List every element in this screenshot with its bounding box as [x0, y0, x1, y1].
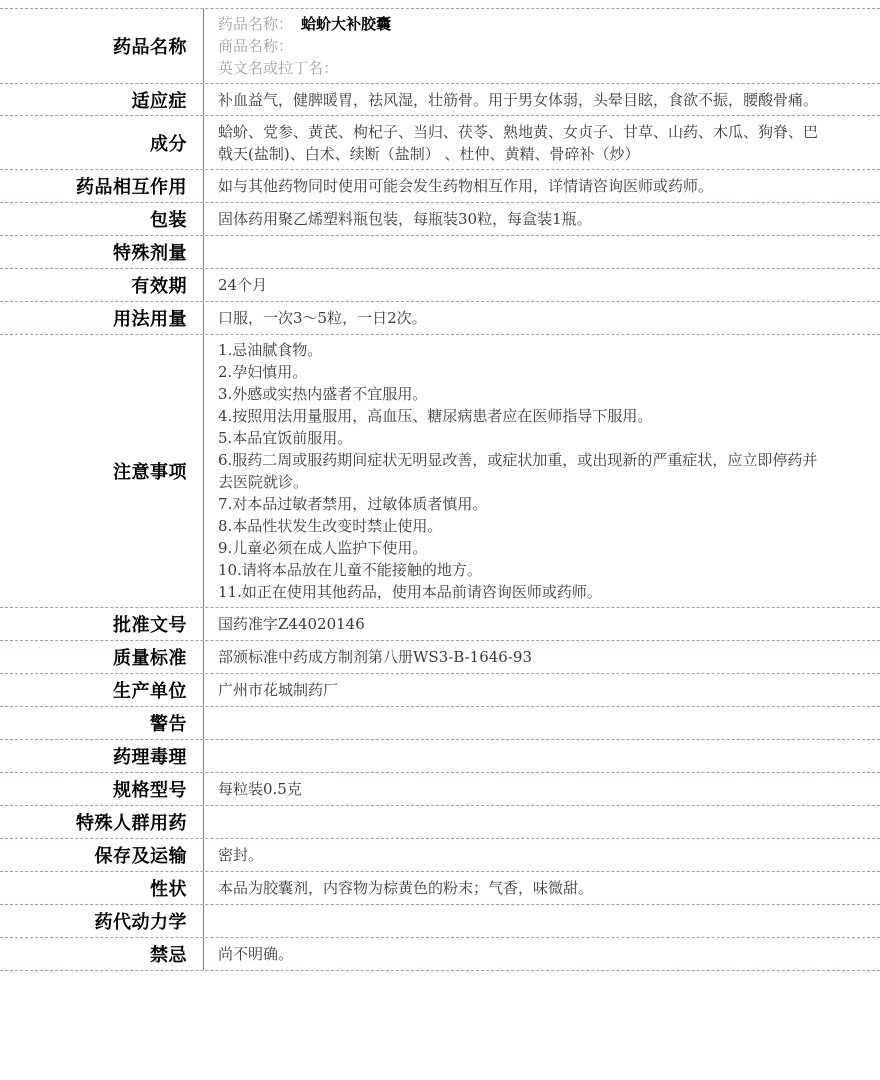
row-contraindications: 禁忌 尚不明确。 [0, 938, 880, 971]
row-approval-number: 批准文号 国药准字Z44020146 [0, 608, 880, 641]
row-value [204, 740, 880, 772]
row-value: 1.忌油腻食物。 2.孕妇慎用。 3.外感或实热内盛者不宜服用。 4.按照用法用… [204, 335, 880, 607]
precaution-item: 3.外感或实热内盛者不宜服用。 [218, 383, 820, 405]
row-specification: 规格型号 每粒装0.5克 [0, 773, 880, 806]
precaution-item: 11.如正在使用其他药品，使用本品前请咨询医师或药师。 [218, 581, 820, 603]
precaution-item: 1.忌油腻食物。 [218, 339, 820, 361]
row-label: 适应症 [0, 84, 204, 115]
row-value: 本品为胶囊剂，内容物为棕黄色的粉末；气香，味微甜。 [204, 872, 880, 904]
row-label: 生产单位 [0, 674, 204, 706]
row-description: 性状 本品为胶囊剂，内容物为棕黄色的粉末；气香，味微甜。 [0, 872, 880, 905]
row-label: 药理毒理 [0, 740, 204, 772]
row-value: 蛤蚧、党参、黄芪、枸杞子、当归、茯苓、熟地黄、女贞子、甘草、山药、木瓜、狗脊、巴… [204, 116, 880, 169]
row-pharmacology-toxicology: 药理毒理 [0, 740, 880, 773]
row-value: 密封。 [204, 839, 880, 871]
row-interactions: 药品相互作用 如与其他药物同时使用可能会发生药物相互作用，详情请咨询医师或药师。 [0, 170, 880, 203]
row-value: 部颁标准中药成方制剂第八册WS3-B-1646-93 [204, 641, 880, 673]
row-packaging: 包装 固体药用聚乙烯塑料瓶包装，每瓶装30粒，每盒装1瓶。 [0, 203, 880, 236]
english-name-prefix: 英文名或拉丁名： [218, 59, 338, 77]
precaution-item: 7.对本品过敏者禁用，过敏体质者慎用。 [218, 493, 820, 515]
precaution-item: 4.按照用法用量服用，高血压、糖尿病患者应在医师指导下服用。 [218, 405, 820, 427]
row-ingredients: 成分 蛤蚧、党参、黄芪、枸杞子、当归、茯苓、熟地黄、女贞子、甘草、山药、木瓜、狗… [0, 116, 880, 170]
row-quality-standard: 质量标准 部颁标准中药成方制剂第八册WS3-B-1646-93 [0, 641, 880, 674]
trade-name-prefix: 商品名称： [218, 37, 293, 55]
row-value [204, 806, 880, 838]
row-label: 保存及运输 [0, 839, 204, 871]
generic-name-value: 蛤蚧大补胶囊 [301, 15, 391, 33]
row-label: 批准文号 [0, 608, 204, 640]
row-precautions: 注意事项 1.忌油腻食物。 2.孕妇慎用。 3.外感或实热内盛者不宜服用。 4.… [0, 335, 880, 608]
row-special-populations: 特殊人群用药 [0, 806, 880, 839]
row-special-dosage: 特殊剂量 [0, 236, 880, 269]
row-value [204, 707, 880, 739]
row-label: 禁忌 [0, 938, 204, 970]
precaution-item: 8.本品性状发生改变时禁止使用。 [218, 515, 820, 537]
row-value: 补血益气，健脾暖胃，祛风湿，壮筋骨。用于男女体弱，头晕目眩，食欲不振，腰酸骨痛。 [204, 84, 880, 115]
generic-name-prefix: 药品名称： [218, 15, 293, 33]
drug-info-page: 药品名称 药品名称：蛤蚧大补胶囊 商品名称： 英文名或拉丁名： 适应症 补血益气… [0, 0, 880, 1080]
row-label: 注意事项 [0, 335, 204, 607]
row-value: 每粒装0.5克 [204, 773, 880, 805]
row-value [204, 905, 880, 937]
generic-name-line: 药品名称：蛤蚧大补胶囊 [218, 13, 820, 35]
row-value: 药品名称：蛤蚧大补胶囊 商品名称： 英文名或拉丁名： [204, 9, 880, 83]
row-warning: 警告 [0, 707, 880, 740]
row-label: 药品相互作用 [0, 170, 204, 202]
row-label: 警告 [0, 707, 204, 739]
row-value [204, 236, 880, 268]
row-pharmacokinetics: 药代动力学 [0, 905, 880, 938]
row-label: 用法用量 [0, 302, 204, 334]
row-value: 固体药用聚乙烯塑料瓶包装，每瓶装30粒，每盒装1瓶。 [204, 203, 880, 235]
row-value: 24个月 [204, 269, 880, 301]
row-label: 质量标准 [0, 641, 204, 673]
precaution-item: 6.服药二周或服药期间症状无明显改善，或症状加重，或出现新的严重症状，应立即停药… [218, 449, 820, 493]
row-value: 如与其他药物同时使用可能会发生药物相互作用，详情请咨询医师或药师。 [204, 170, 880, 202]
row-value: 尚不明确。 [204, 938, 880, 970]
row-label: 规格型号 [0, 773, 204, 805]
row-label: 特殊剂量 [0, 236, 204, 268]
row-label: 特殊人群用药 [0, 806, 204, 838]
row-drug-name: 药品名称 药品名称：蛤蚧大补胶囊 商品名称： 英文名或拉丁名： [0, 9, 880, 84]
row-storage-transport: 保存及运输 密封。 [0, 839, 880, 872]
precaution-item: 9.儿童必须在成人监护下使用。 [218, 537, 820, 559]
row-label: 性状 [0, 872, 204, 904]
row-value: 国药准字Z44020146 [204, 608, 880, 640]
row-dosage: 用法用量 口服，一次3～5粒，一日2次。 [0, 302, 880, 335]
drug-info-table: 药品名称 药品名称：蛤蚧大补胶囊 商品名称： 英文名或拉丁名： 适应症 补血益气… [0, 8, 880, 971]
row-value: 广州市花城制药厂 [204, 674, 880, 706]
trade-name-line: 商品名称： [218, 35, 820, 57]
row-label: 药代动力学 [0, 905, 204, 937]
row-indications: 适应症 补血益气，健脾暖胃，祛风湿，壮筋骨。用于男女体弱，头晕目眩，食欲不振，腰… [0, 84, 880, 116]
row-label: 有效期 [0, 269, 204, 301]
row-shelf-life: 有效期 24个月 [0, 269, 880, 302]
english-name-line: 英文名或拉丁名： [218, 57, 820, 79]
precaution-item: 5.本品宜饭前服用。 [218, 427, 820, 449]
row-manufacturer: 生产单位 广州市花城制药厂 [0, 674, 880, 707]
row-label: 药品名称 [0, 9, 204, 83]
row-label: 成分 [0, 116, 204, 169]
precaution-item: 2.孕妇慎用。 [218, 361, 820, 383]
row-value: 口服，一次3～5粒，一日2次。 [204, 302, 880, 334]
precaution-item: 10.请将本品放在儿童不能接触的地方。 [218, 559, 820, 581]
row-label: 包装 [0, 203, 204, 235]
